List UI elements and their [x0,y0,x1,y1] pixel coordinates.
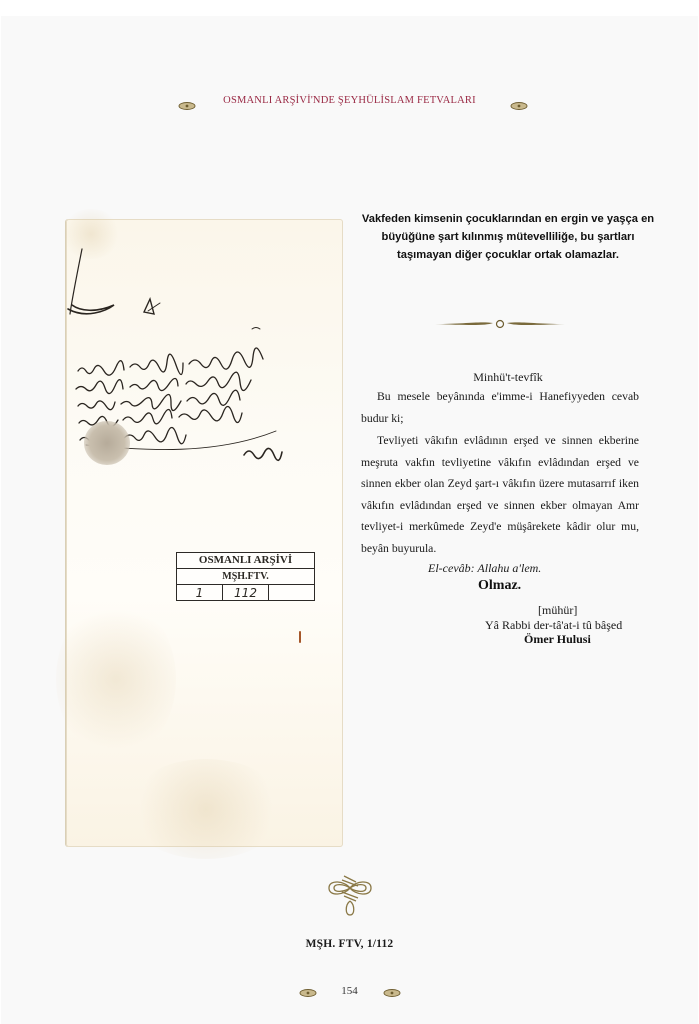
archive-reference: MŞH. FTV, 1/112 [0,938,699,950]
manuscript-script [66,219,343,847]
fatwa-intro: Bu mesele beyânında e'imme-i Hanefiyyede… [361,386,639,429]
signature-line: Yâ Rabbi der-tâ'at-i tû bâşed [485,618,622,633]
archive-stamp-empty [269,585,314,601]
archive-stamp-volume: 1 [177,585,223,601]
answer: Olmaz. [478,578,521,594]
fatwa-opening: Minhü't-tevfîk [360,370,656,385]
ink-seal [84,421,130,465]
fatwa-question: Tevliyeti vâkıfın evlâdının erşed ve sin… [361,430,639,559]
header-ornament-right [510,101,650,111]
knot-ornament-icon [325,873,375,917]
archive-stamp-number: 112 [223,585,269,601]
signer-name: Ömer Hulusi [524,632,591,647]
section-divider-ornament [435,318,565,330]
footer-ornament-right [383,988,575,998]
ink-mark [299,631,301,643]
fatwa-intro-text: Bu mesele beyânında e'imme-i Hanefiyyede… [361,390,639,425]
fatwa-summary: Vakfeden kimsenin çocuklarından en ergin… [360,210,656,264]
archive-stamp-line2: MŞH.FTV. [177,569,314,585]
fatwa-question-text: Tevliyeti vâkıfın evlâdının erşed ve sin… [361,434,639,555]
page-number: 154 [0,985,699,997]
archive-stamp-line1: OSMANLI ARŞİVİ [177,553,314,569]
answer-intro: El-cevâb: Allahu a'lem. [428,561,541,576]
seal-note: [mühür] [538,603,577,618]
archive-stamp: OSMANLI ARŞİVİ MŞH.FTV. 1 112 [176,552,315,601]
manuscript-image [66,219,343,847]
